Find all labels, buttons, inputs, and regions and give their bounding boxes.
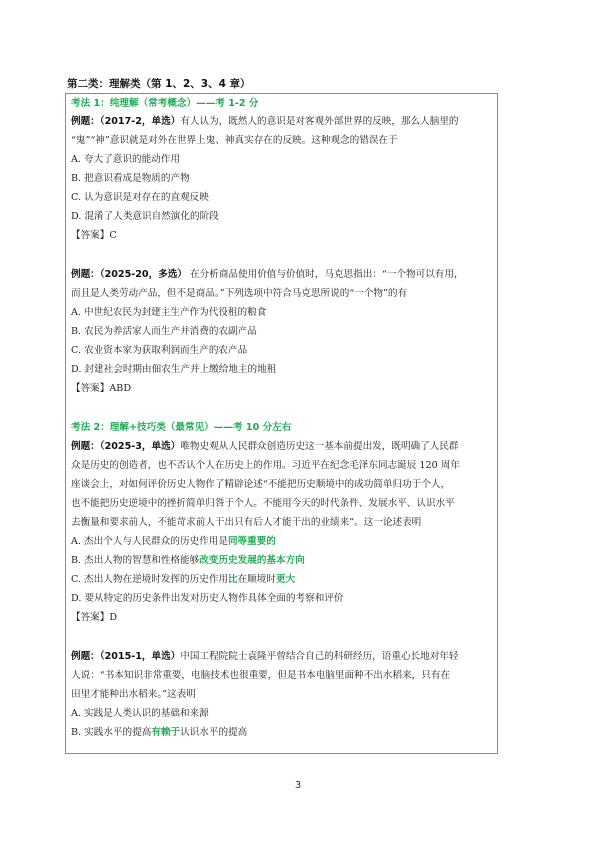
method-1-heading: 考法 1：纯理解（常考概念）——考 1-2 分 — [71, 98, 259, 110]
question-lead: 例题：（2025-3，单选） — [71, 441, 180, 452]
question-lead: 例题：（2025-20，多选） — [71, 269, 187, 280]
m2-q2-stem-line-1: 例题：（2015-1，单选）中国工程院院士袁隆平曾结合自己的科研经历，语重心长地… — [71, 651, 459, 663]
m1-q2-option-b: B. 农民为养活家人而生产并消费的农副产品 — [71, 326, 257, 338]
option-text: A. 杰出个人与人民群众的历史作用是 — [71, 536, 228, 547]
stem-text: 在分析商品使用价值与价值时，马克思指出：“一个物可以有用， — [187, 269, 464, 280]
m2-q1-stem-line-4: 也不能把历史逆境中的挫折简单归咎于个人。不能用今天的时代条件、发展水平、认识水平 — [71, 498, 455, 510]
m2-q1-stem-line-5: 去衡量和要求前人，不能苛求前人干出只有后人才能干出的业绩来”。这一论述表明 — [71, 517, 421, 529]
highlight-text: 比 — [228, 574, 238, 585]
m2-q1-option-b: B. 杰出人物的智慧和性格能够改变历史发展的基本方向 — [71, 555, 305, 567]
m1-q1-answer: 【答案】C — [71, 230, 117, 242]
page-number: 3 — [0, 780, 596, 791]
m2-q1-option-d: D. 要从特定的历史条件出发对历史人物作具体全面的考察和评价 — [71, 593, 343, 605]
m1-q1-option-d: D. 混淆了人类意识自然演化的阶段 — [71, 211, 219, 223]
option-text: B. 杰出人物的智慧和性格能够 — [71, 555, 199, 566]
m1-q2-option-d: D. 封建社会时期由佃农生产并上缴给地主的地租 — [71, 364, 276, 376]
m1-q1-option-c: C. 认为意识是对存在的直观反映 — [71, 192, 209, 204]
m2-q2-stem-line-2: 人说：“书本知识非常重要，电脑技术也很重要，但是书本电脑里面种不出水稻来，只有在 — [71, 670, 450, 682]
m2-q1-stem-line-1: 例题：（2025-3，单选）唯物史观从人民群众创造历史这一基本前提出发，既明确了… — [71, 441, 459, 453]
highlight-text: 同等重要的 — [228, 536, 276, 547]
option-text: 认识水平的提高 — [180, 727, 247, 738]
m2-q2-option-a: A. 实践是人类认识的基础和来源 — [71, 708, 209, 720]
m2-q1-stem-line-2: 众是历史的创造者，也不否认个人在历史上的作用。习近平在纪念毛泽东同志诞辰 120… — [71, 460, 460, 472]
m2-q1-answer: 【答案】D — [71, 612, 117, 624]
m1-q2-stem-line-1: 例题：（2025-20，多选） 在分析商品使用价值与价值时，马克思指出：“一个物… — [71, 269, 464, 281]
m2-q1-option-a: A. 杰出个人与人民群众的历史作用是同等重要的 — [71, 536, 276, 548]
m1-q2-option-a: A. 中世纪农民为封建主生产作为代役租的粮食 — [71, 307, 266, 319]
highlight-text: 改变历史发展的基本方向 — [199, 555, 305, 566]
option-text: C. 杰出人物在逆境时发挥的历史作用 — [71, 574, 228, 585]
stem-text: 唯物史观从人民群众创造历史这一基本前提出发，既明确了人民群 — [180, 441, 458, 452]
m2-q2-stem-line-3: 田里才能种出水稻来。”这表明 — [71, 689, 196, 701]
m2-q1-option-c: C. 杰出人物在逆境时发挥的历史作用比在顺境时更大 — [71, 574, 295, 586]
method-2-heading: 考法 2：理解+技巧类（最常见）——考 10 分左右 — [71, 422, 291, 434]
stem-text: 有人认为，既然人的意识是对客观外部世界的反映，那么人脑里的 — [180, 116, 458, 127]
option-text: 在顺境时 — [238, 574, 276, 585]
m1-q2-option-c: C. 农业资本家为获取利润而生产的农产品 — [71, 345, 247, 357]
section-title: 第二类：理解类（第 1、2、3、4 章） — [67, 76, 251, 91]
m1-q2-stem-line-2: 而且是人类劳动产品，但不是商品。”下列选项中符合马克思所说的“一个物”的有 — [71, 288, 407, 300]
highlight-text: 更大 — [276, 574, 295, 585]
question-lead: 例题：（2017-2，单选） — [71, 116, 180, 127]
m1-q1-stem-line-1: 例题：（2017-2，单选）有人认为，既然人的意识是对客观外部世界的反映，那么人… — [71, 116, 459, 128]
content-box: 考法 1：纯理解（常考概念）——考 1-2 分 例题：（2017-2，单选）有人… — [65, 93, 498, 754]
m2-q1-stem-line-3: 座谈会上，对如何评价历史人物作了精辟论述“不能把历史顺境中的成功简单归功于个人， — [71, 479, 450, 491]
stem-text: 中国工程院院士袁隆平曾结合自己的科研经历，语重心长地对年轻 — [180, 651, 458, 662]
highlight-text: 有赖于 — [151, 727, 180, 738]
m1-q1-option-a: A. 夸大了意识的能动作用 — [71, 154, 180, 166]
m2-q2-option-b: B. 实践水平的提高有赖于认识水平的提高 — [71, 727, 247, 739]
question-lead: 例题：（2015-1，单选） — [71, 651, 180, 662]
m1-q1-stem-line-2: “鬼”“神”意识就是对外在世界上鬼、神真实存在的反映。这种观念的错误在于 — [71, 135, 398, 147]
m1-q1-option-b: B. 把意识看成是物质的产物 — [71, 173, 190, 185]
option-text: B. 实践水平的提高 — [71, 727, 151, 738]
m1-q2-answer: 【答案】ABD — [71, 383, 131, 395]
